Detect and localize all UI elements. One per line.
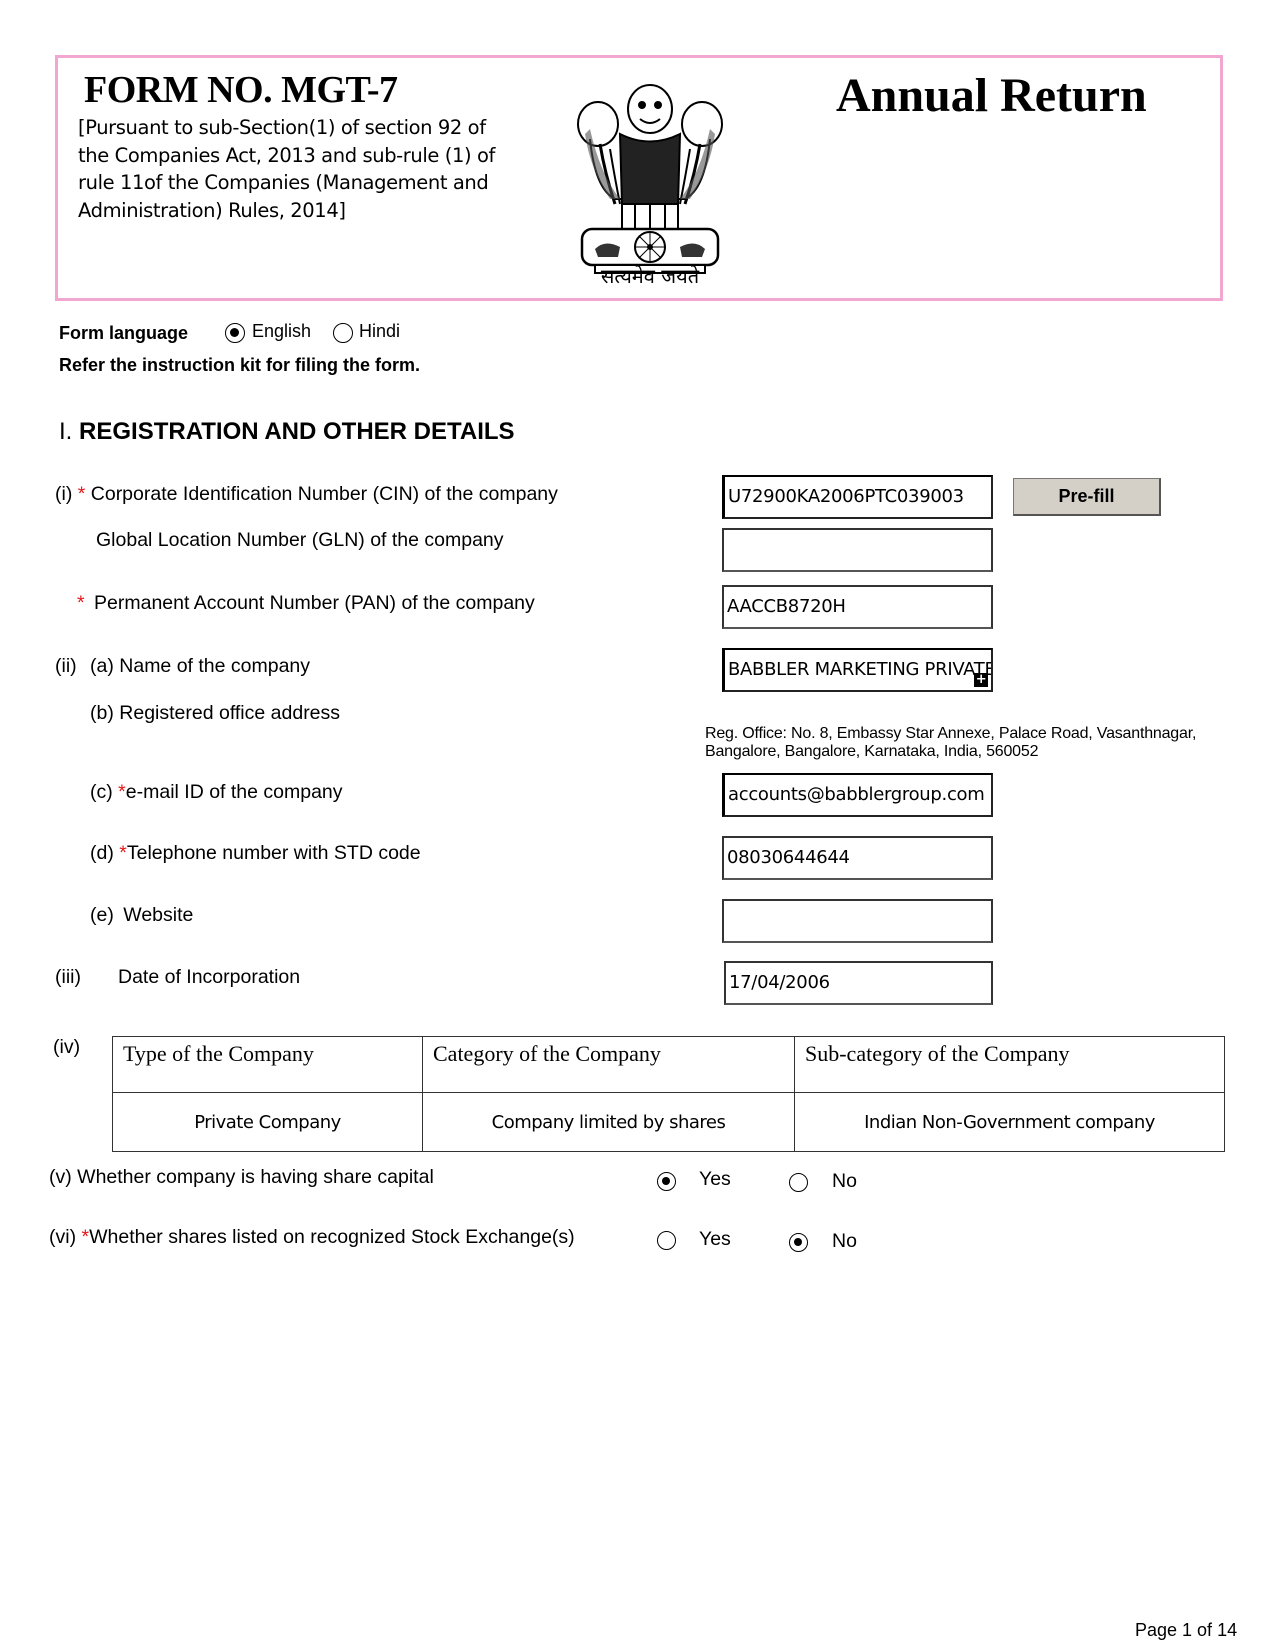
registered-office-address: Reg. Office: No. 8, Embassy Star Annexe,… xyxy=(705,725,1196,761)
required-asterisk: * xyxy=(119,842,127,864)
share-capital-no-radio[interactable] xyxy=(789,1173,808,1192)
address-label-row: (b) Registered office address xyxy=(90,702,340,725)
section-number: I. xyxy=(59,418,72,445)
form-language-label: Form language xyxy=(59,323,188,344)
form-title: Annual Return xyxy=(836,68,1147,123)
listed-yes-label: Yes xyxy=(699,1228,731,1251)
email-label-row: (c) *e-mail ID of the company xyxy=(90,781,343,804)
required-asterisk: * xyxy=(78,483,86,505)
website-sub: (e) xyxy=(90,904,114,926)
page-number: Page 1 of 14 xyxy=(1135,1620,1237,1641)
email-label: e-mail ID of the company xyxy=(126,781,343,803)
address-label: Registered office address xyxy=(119,702,340,724)
gln-input[interactable] xyxy=(722,528,993,572)
language-english-label: English xyxy=(252,321,311,342)
pursuant-text: [Pursuant to sub-Section(1) of section 9… xyxy=(78,114,508,224)
telephone-label: Telephone number with STD code xyxy=(127,842,421,864)
language-english-radio[interactable] xyxy=(225,323,245,343)
instruction-text: Refer the instruction kit for filing the… xyxy=(59,355,420,376)
required-asterisk: * xyxy=(82,1226,90,1248)
telephone-label-row: (d) *Telephone number with STD code xyxy=(90,842,421,865)
address-line-1: Reg. Office: No. 8, Embassy Star Annexe,… xyxy=(705,725,1196,743)
language-hindi-label: Hindi xyxy=(359,321,400,342)
listed-label: Whether shares listed on recognized Stoc… xyxy=(89,1226,575,1248)
company-table-number: (iv) xyxy=(53,1036,80,1059)
listed-no-label: No xyxy=(832,1230,857,1253)
required-asterisk: * xyxy=(118,781,126,803)
listed-yes-radio[interactable] xyxy=(657,1231,676,1250)
share-capital-no-label: No xyxy=(832,1170,857,1193)
company-category-value: Company limited by shares xyxy=(423,1093,795,1152)
address-line-2: Bangalore, Bangalore, Karnataka, India, … xyxy=(705,743,1196,761)
cin-number: (i) xyxy=(55,483,72,505)
address-sub: (b) xyxy=(90,702,114,724)
company-subcategory-value: Indian Non-Government company xyxy=(795,1093,1225,1152)
website-label-row: (e) Website xyxy=(90,904,193,927)
cin-input[interactable]: U72900KA2006PTC039003 xyxy=(722,475,993,519)
share-capital-yes-label: Yes xyxy=(699,1168,731,1191)
share-capital-label-row: (v) Whether company is having share capi… xyxy=(49,1166,434,1189)
cin-label-row: (i) * Corporate Identification Number (C… xyxy=(55,483,558,506)
share-capital-label: Whether company is having share capital xyxy=(77,1166,434,1188)
name-number: (ii) xyxy=(55,655,77,678)
form-number: FORM NO. MGT-7 xyxy=(84,68,398,112)
pan-label-row: * Permanent Account Number (PAN) of the … xyxy=(77,592,535,615)
pan-label: Permanent Account Number (PAN) of the co… xyxy=(94,592,535,614)
section-title: I. REGISTRATION AND OTHER DETAILS xyxy=(59,418,515,446)
table-header: Category of the Company xyxy=(423,1037,795,1093)
share-capital-yes-radio[interactable] xyxy=(657,1172,676,1191)
share-capital-number: (v) xyxy=(49,1166,72,1188)
gln-label: Global Location Number (GLN) of the comp… xyxy=(96,529,504,552)
listed-no-radio[interactable] xyxy=(789,1233,808,1252)
name-sub: (a) xyxy=(90,655,114,677)
name-label: Name of the company xyxy=(119,655,310,677)
section-title-text: REGISTRATION AND OTHER DETAILS xyxy=(79,418,515,445)
cin-label: Corporate Identification Number (CIN) of… xyxy=(91,483,558,505)
table-header-row: Type of the Company Category of the Comp… xyxy=(113,1037,1225,1093)
telephone-input[interactable]: 08030644644 xyxy=(722,836,993,880)
incorporation-date-input[interactable]: 17/04/2006 xyxy=(724,961,993,1005)
company-name-value: BABBLER MARKETING PRIVATE xyxy=(728,659,993,680)
incorporation-number: (iii) xyxy=(55,966,81,989)
company-name-input[interactable]: BABBLER MARKETING PRIVATE + xyxy=(722,648,993,692)
expand-plus-icon[interactable]: + xyxy=(974,673,988,687)
incorporation-label: Date of Incorporation xyxy=(118,966,300,989)
email-sub: (c) xyxy=(90,781,113,803)
listed-label-row: (vi) *Whether shares listed on recognize… xyxy=(49,1226,575,1249)
name-label-row: (a) Name of the company xyxy=(90,655,310,678)
pan-input[interactable]: AACCB8720H xyxy=(722,585,993,629)
required-asterisk: * xyxy=(77,592,85,614)
telephone-sub: (d) xyxy=(90,842,114,864)
prefill-button[interactable]: Pre-fill xyxy=(1013,478,1161,516)
table-row: Private Company Company limited by share… xyxy=(113,1093,1225,1152)
emblem-motto: सत्यमेव जयते xyxy=(575,262,725,289)
table-header: Sub-category of the Company xyxy=(795,1037,1225,1093)
website-label: Website xyxy=(123,904,193,926)
website-input[interactable] xyxy=(722,899,993,943)
language-hindi-radio[interactable] xyxy=(333,323,353,343)
email-input[interactable]: accounts@babblergroup.com xyxy=(722,773,993,817)
company-type-value: Private Company xyxy=(113,1093,423,1152)
company-type-table: Type of the Company Category of the Comp… xyxy=(112,1036,1225,1152)
listed-number: (vi) xyxy=(49,1226,76,1248)
table-header: Type of the Company xyxy=(113,1037,423,1093)
